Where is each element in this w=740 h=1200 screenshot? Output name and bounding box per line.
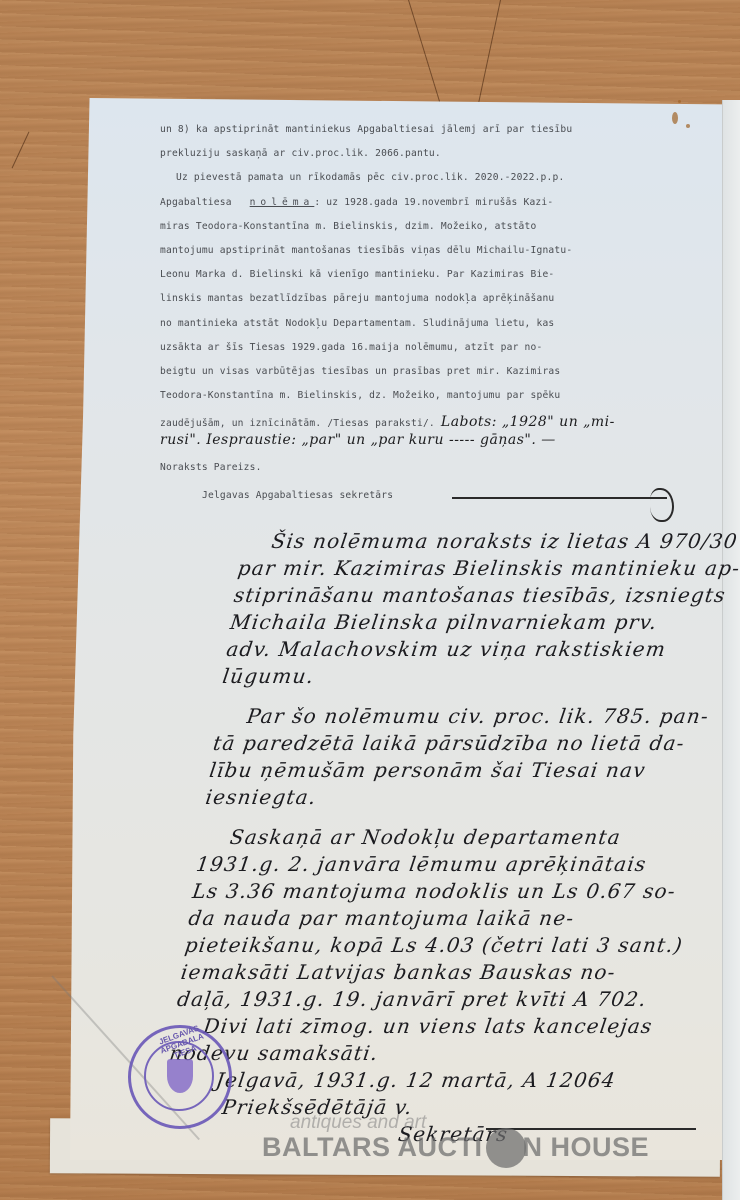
handwritten-line: adv. Malachovskim uz viņa rakstiskiem: [225, 636, 740, 663]
handwritten-line: Par šo nolēmumu civ. proc. lik. 785. pan…: [215, 703, 740, 730]
handwritten-line: Ls 3.36 mantojuma nodoklis un Ls 0.67 so…: [191, 878, 725, 905]
handwritten-line: Michaila Bielinska pilnvarniekam prv.: [228, 609, 740, 636]
typed-line: zaudējušām, un iznīcinātām. /Tiesas para…: [160, 418, 435, 429]
place-date-line: Jelgavā, 1931.g. 12 martā, A 12064: [164, 1067, 698, 1094]
certified-copy-label: Noraksts Pareizs.: [160, 462, 720, 490]
typed-line: uzsākta ar šīs Tiesas 1929.gada 16.maija…: [160, 342, 720, 366]
watermark-subtitle: antiques and art: [290, 1112, 426, 1134]
rust-stain: [672, 112, 678, 124]
court-seal-stamp: JELGAVAS APGABALA TIESA: [128, 1025, 232, 1129]
typed-line: no mantinieka atstāt Nodokļu Departament…: [160, 318, 720, 342]
court-name: Apgabaltiesa: [160, 197, 232, 208]
handwritten-line: iemaksāti Latvijas bankas Bauskas no-: [179, 959, 713, 986]
secretary-final-signature: [486, 1128, 696, 1130]
handwritten-correction: rusi". Iespraustie: „par" un „par kuru -…: [160, 432, 720, 462]
handwritten-line: par mir. Kazimiras Bielinskis mantinieku…: [236, 555, 740, 582]
chairman-line: Priekšsēdētājā v.: [160, 1094, 694, 1121]
typed-line: beigtu un visas varbūtējas tiesības un p…: [160, 366, 720, 390]
typed-line: Teodora-Konstantīna m. Bielinskis, dz. M…: [160, 390, 720, 414]
handwritten-line: Divi lati zīmog. un viens lats kanceleja…: [172, 1013, 706, 1040]
handwritten-line: tā paredzētā laikā pārsūdzība no lietā d…: [211, 730, 740, 757]
decided-keyword: nolēma: [250, 197, 315, 208]
secretary-signature-flourish: [650, 488, 674, 522]
typed-line-with-correction: zaudējušām, un iznīcinātām. /Tiesas para…: [160, 414, 720, 432]
decision-text: : uz 1928.gada 19.novembrī mirušās Kazi-: [314, 197, 553, 208]
handwritten-line: lūgumu.: [221, 663, 740, 690]
handwritten-correction: Labots: „1928" un „mi-: [441, 414, 615, 430]
handwritten-line: 1931.g. 2. janvāra lēmumu aprēķinātais: [194, 851, 728, 878]
handwritten-line: Saskaņā ar Nodokļu departamenta: [198, 824, 732, 851]
typed-line: linskis mantas bezatlīdzības pāreju mant…: [160, 293, 720, 317]
typed-line: prekluziju saskaņā ar civ.proc.lik. 2066…: [160, 148, 720, 172]
handwritten-text-block: Šis nolēmuma noraksts iz lietas A 970/30…: [156, 528, 740, 1148]
secretary-signature: [452, 497, 667, 499]
watermark-title-right: N HOUSE: [522, 1132, 649, 1162]
handwritten-line: Šis nolēmuma noraksts iz lietas A 970/30…: [240, 528, 740, 555]
handwritten-line: daļā, 1931.g. 19. janvārī pret kvīti A 7…: [175, 986, 709, 1013]
handwritten-line: iesniegta.: [204, 784, 738, 811]
typed-line: miras Teodora-Konstantīna m. Bielinskis,…: [160, 221, 720, 245]
handwritten-line: nodevu samaksāti.: [168, 1040, 702, 1067]
watermark-title-left: BALTARS AUCTI: [262, 1132, 482, 1162]
typed-line: un 8) ka apstiprināt mantiniekus Apgabal…: [160, 124, 720, 148]
coat-of-arms-icon: [167, 1059, 193, 1093]
handwritten-line: da nauda par mantojuma laikā ne-: [187, 905, 721, 932]
handwritten-line: pieteikšanu, kopā Ls 4.03 (četri lati 3 …: [183, 932, 717, 959]
secretary-label: Jelgavas Apgabaltiesas sekretārs: [160, 490, 720, 514]
handwritten-line: stiprināšanu mantošanas tiesībās, izsnie…: [232, 582, 740, 609]
rust-stain: [678, 100, 681, 103]
auction-house-logo-icon: [486, 1128, 526, 1168]
typed-line: Leonu Marka d. Bielinski kā vienīgo mant…: [160, 269, 720, 293]
typed-line-decision: Apgabaltiesa nolēma: uz 1928.gada 19.nov…: [160, 197, 720, 221]
wood-crack: [12, 132, 30, 169]
watermark-title: BALTARS AUCTIN HOUSE: [262, 1132, 649, 1163]
handwritten-line: lību ņēmušām personām šai Tiesai nav: [208, 757, 740, 784]
typed-text-block: un 8) ka apstiprināt mantiniekus Apgabal…: [160, 124, 720, 514]
typed-line: Uz pievestā pamata un rīkodamās pēc civ.…: [160, 172, 720, 196]
typed-line: mantojumu apstiprināt mantošanas tiesībā…: [160, 245, 720, 269]
